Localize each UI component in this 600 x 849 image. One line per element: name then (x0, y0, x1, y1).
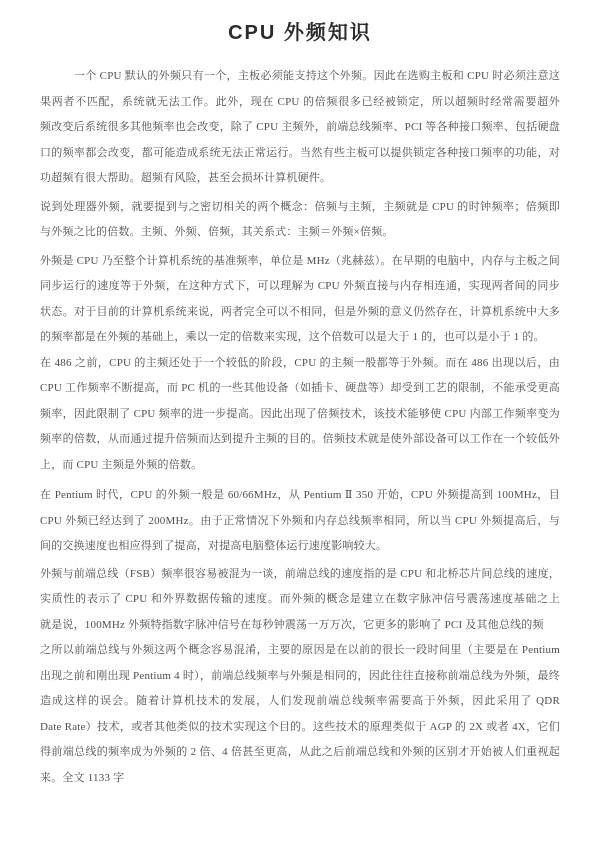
text-line: 一个 CPU 默认的外频只有一个，主板必须能支持这个外频。因此在选购主板和 CP… (40, 64, 560, 90)
text-line: 间的交换速度也相应得到了提高，对提高电脑整体运行速度影响较大。 (40, 534, 560, 560)
text-line: Date Rate）技术，或者其他类似的技术实现这个目的。这些技术的原理类似于 … (40, 715, 560, 741)
text-line: 外频是 CPU 乃至整个计算机系统的基准频率，单位是 MHz（兆赫兹）。在早期的… (40, 249, 560, 275)
text-line: 同步运行的速度等于外频，在这种方式下，可以理解为 CPU 外频直接与内存相连通，… (40, 274, 560, 300)
text-line: 来。全文 1133 字 (40, 766, 560, 792)
text-line: CPU 工作频率不断提高，而 PC 机的一些其他设备（如插卡、硬盘等）却受到工艺… (40, 376, 560, 402)
document-page: CPU 外频知识 一个 CPU 默认的外频只有一个，主板必须能支持这个外频。因此… (0, 0, 600, 849)
text-line: 实质性的表示了 CPU 和外界数据传输的速度。而外频的概念是建立在数字脉冲信号震… (40, 587, 560, 613)
text-line: 造成这样的误会。随着计算机技术的发展，人们发现前端总线频率需要高于外频，因此采用… (40, 689, 560, 715)
text-line: 就是说，100MHz 外频特指数字脉冲信号在每秒钟震荡一万万次，它更多的影响了 … (40, 613, 560, 639)
text-line: 功超频有很大帮助。超频有风险，甚至会损坏计算机硬件。 (40, 166, 560, 192)
document-title: CPU 外频知识 (40, 18, 560, 48)
text-line: 在 486 之前，CPU 的主频还处于一个较低的阶段，CPU 的主频一般都等于外… (40, 351, 560, 377)
text-line: 外频与前端总线（FSB）频率很容易被混为一谈，前端总线的速度指的是 CPU 和北… (40, 562, 560, 588)
text-line: 之所以前端总线与外频这两个概念容易混淆，主要的原因是在以前的很长一段时间里（主要… (40, 638, 560, 664)
text-line: 频改变后系统很多其他频率也会改变，除了 CPU 主频外，前端总线频率、PCI 等… (40, 115, 560, 141)
text-line: 频率的倍数，从而通过提升倍频而达到提升主频的目的。倍频技术就是使外部设备可以工作… (40, 427, 560, 453)
text-line: 上，而 CPU 主频是外频的倍数。 (40, 453, 560, 479)
text-line: 频率，因此限制了 CPU 频率的进一步提高。因此出现了倍频技术，该技术能够使 C… (40, 402, 560, 428)
text-line: 口的频率都会改变，都可能造成系统无法正常运行。当然有些主板可以提供锁定各种接口频… (40, 141, 560, 167)
text-line: 与外频之比的倍数。主频、外频、倍频，其关系式：主频＝外频×倍频。 (40, 220, 560, 246)
text-line: 得前端总线的频率成为外频的 2 倍、4 倍甚至更高，从此之后前端总线和外频的区别… (40, 740, 560, 766)
text-line: 在 Pentium 时代，CPU 的外频一般是 60/66MHz，从 Penti… (40, 483, 560, 509)
text-line: CPU 外频已经达到了 200MHz。由于正常情况下外频和内存总线频率相同，所以… (40, 509, 560, 535)
text-line: 的频率都是在外频的基础上，乘以一定的倍数来实现，这个倍数可以是大于 1 的，也可… (40, 325, 560, 351)
text-line: 说到处理器外频，就要提到与之密切相关的两个概念：倍频与主频，主频就是 CPU 的… (40, 195, 560, 221)
text-line: 状态。对于目前的计算机系统来说，两者完全可以不相同，但是外频的意义仍然存在，计算… (40, 300, 560, 326)
text-line: 果两者不匹配，系统就无法工作。此外，现在 CPU 的倍频很多已经被锁定，所以超频… (40, 90, 560, 116)
text-line: 出现之前和刚出现 Pentium 4 时），前端总线频率与外频是相同的，因此往往… (40, 664, 560, 690)
